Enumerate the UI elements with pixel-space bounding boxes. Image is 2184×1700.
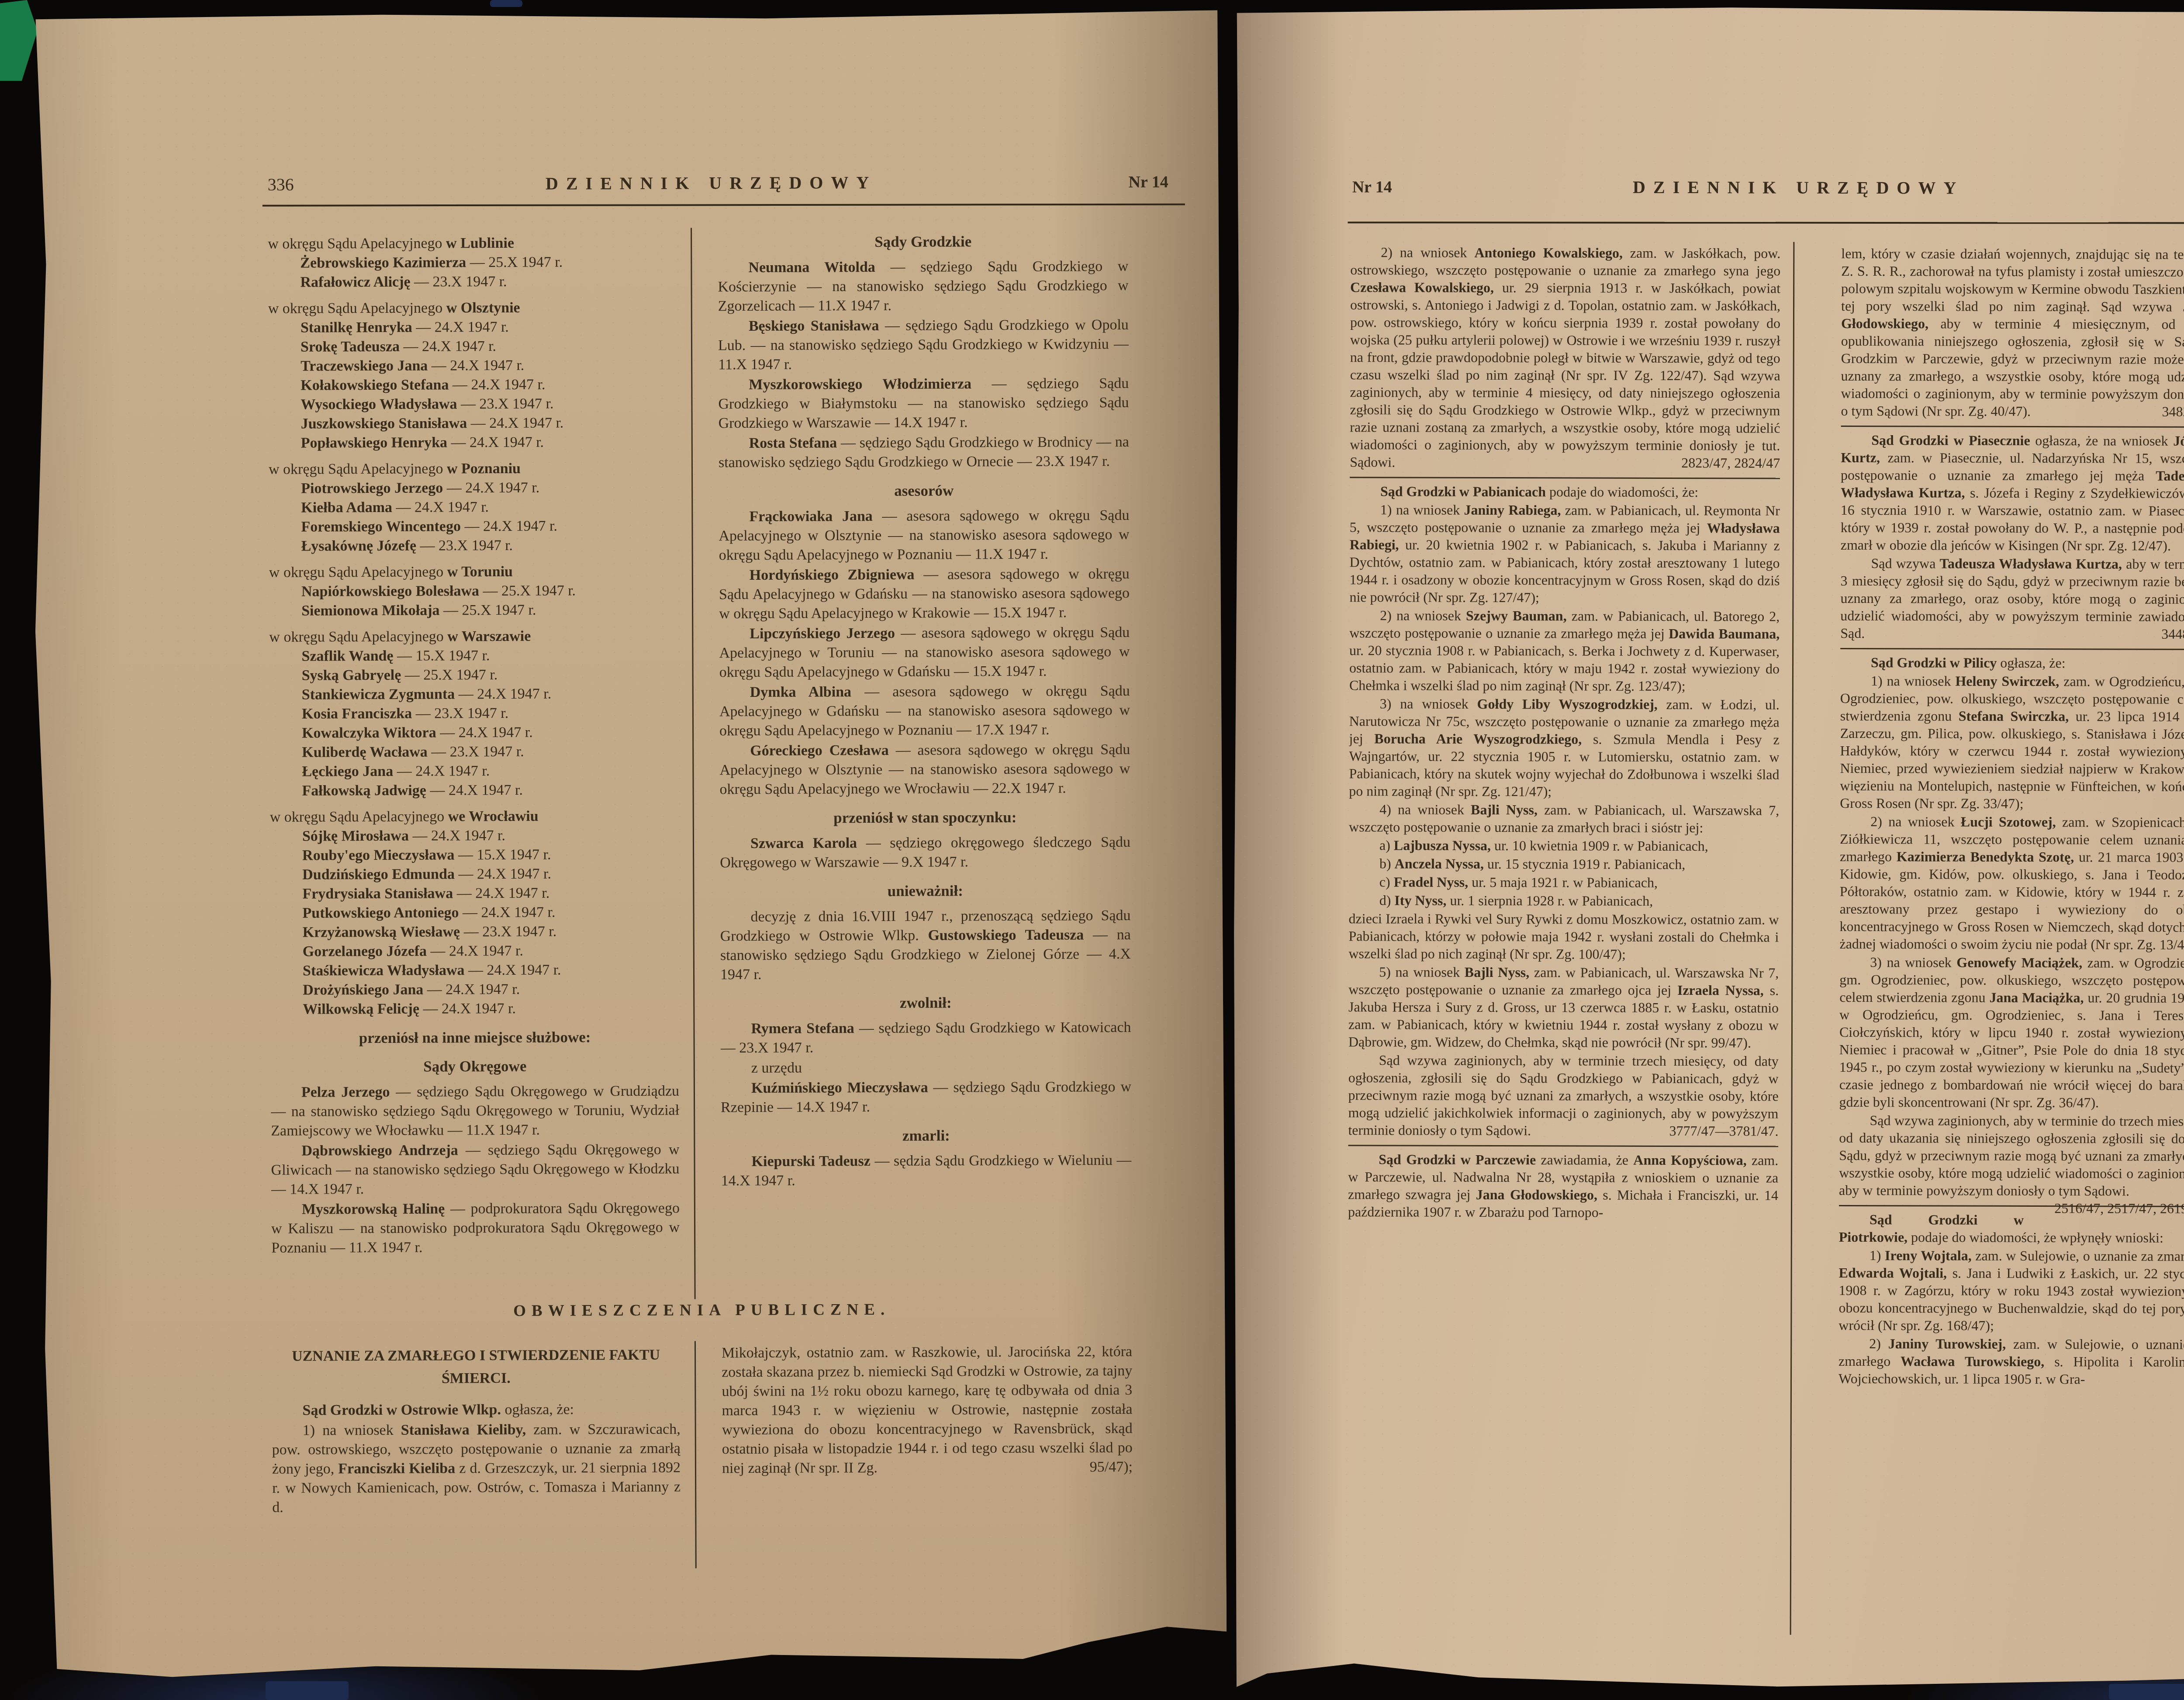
transfer-paragraphs: Pelza Jerzego — sędziego Sądu Okręgowego… bbox=[271, 1082, 680, 1258]
bold-text: Izraela Nyssa, bbox=[1677, 982, 1764, 998]
bold-text: Dąbrowskiego Andrzeja bbox=[301, 1142, 458, 1159]
case-numbers: 3777/47—3781/47. bbox=[1639, 1122, 1779, 1140]
group-heading: w okręgu Sądu Apelacyjnego w Warszawie bbox=[269, 627, 677, 647]
paragraph-text: Dymka Albina — asesora sądowego w okręgu… bbox=[719, 683, 1130, 739]
paragraph: 1) na wniosek Stanisława Kieliby, zam. w… bbox=[272, 1420, 681, 1517]
paragraph: Myszkorowską Halinę — podprokuratora Sąd… bbox=[271, 1199, 680, 1258]
paragraph: 3) na wniosek Genowefy Maciążek, zam. w … bbox=[1839, 953, 2184, 1111]
paragraph: Myszkorowskiego Włodzimierza — sędziego … bbox=[718, 374, 1129, 433]
appointment-date: — 24.X 1947 r. bbox=[396, 499, 489, 516]
appointment-date: — 24.X 1947 r. bbox=[457, 885, 550, 902]
appointment-entry: Stankiewicza Zygmunta — 24.X 1947 r. bbox=[270, 684, 678, 705]
page-left: 336 DZIENNIK URZĘDOWY Nr 14 w okręgu Sąd… bbox=[22, 10, 1227, 1683]
group-heading-place: w Warszawie bbox=[447, 628, 531, 645]
appointment-date: — 24.X 1947 r. bbox=[453, 377, 546, 393]
text: zawiadamia, że bbox=[1536, 1152, 1633, 1168]
scanner-bed-gap-bottom-left bbox=[266, 1681, 349, 1700]
paragraph: Sąd wzywa zaginionych, aby w terminie do… bbox=[1839, 1111, 2184, 1200]
appointment-date: — 24.X 1947 r. bbox=[432, 357, 525, 374]
bold-text: Lajbusza Nyssa, bbox=[1394, 837, 1491, 853]
paragraph: 1) na wniosek Janiny Rabiega, zam. w Pab… bbox=[1349, 501, 1780, 606]
text: 2) na wniosek bbox=[1380, 607, 1466, 623]
group-heading-place: w Poznaniu bbox=[447, 460, 521, 477]
bold-text: Bajli Nyss, bbox=[1471, 802, 1538, 817]
bold-text: Janiny Rabiega, bbox=[1464, 502, 1561, 518]
paragraph: a) Lajbusza Nyssa, ur. 10 kwietnia 1909 … bbox=[1349, 836, 1779, 855]
paragraph: 3) na wniosek Gołdy Liby Wyszogrodzkiej,… bbox=[1349, 695, 1780, 800]
case-numbers: 95/47); bbox=[1090, 1458, 1133, 1477]
paragraph-text: a) Lajbusza Nyssa, ur. 10 kwietnia 1909 … bbox=[1379, 837, 1708, 854]
person-name: Stankiewicza Zygmunta bbox=[302, 686, 455, 703]
appointment-entry: Łysakównę Józefę — 23.X 1947 r. bbox=[269, 536, 677, 556]
paragraph: dzieci Izraela i Rywki vel Sury Rywki z … bbox=[1348, 910, 1779, 963]
appointment-date: — 24.X 1947 r. bbox=[397, 763, 490, 779]
announcement-section-piotrkow: Sąd Grodzki w Piotrkowie, podaje do wiad… bbox=[1838, 1211, 2184, 1388]
section-heading-assessors: asesorów bbox=[719, 481, 1129, 501]
issue-number: Nr 14 bbox=[1128, 173, 1168, 192]
paragraph: b) Anczela Nyssa, ur. 15 stycznia 1919 r… bbox=[1349, 855, 1779, 873]
bold-text: Genowefy Maciążek, bbox=[1956, 955, 2082, 971]
text: ur. 5 maja 1921 r. w Pabianicach, bbox=[1468, 874, 1658, 890]
right-page-column-2: lem, który w czasie działań wojennych, z… bbox=[1838, 245, 2184, 1692]
text: podaje do wiadomości, że wpłynęły wniosk… bbox=[1908, 1229, 2163, 1245]
person-name: Łysakównę Józefę bbox=[301, 538, 417, 554]
scanner-bed-gap-top bbox=[490, 0, 522, 7]
text: ur. 10 kwietnia 1909 r. w Pabianicach, bbox=[1491, 838, 1708, 854]
bold-text: Myszkorowską Halinę bbox=[302, 1201, 445, 1217]
appointment-entry: Kosia Franciszka — 23.X 1947 r. bbox=[270, 703, 678, 724]
appointment-entry: Gorzelanego Józefa — 24.X 1947 r. bbox=[270, 941, 679, 962]
group-heading-prefix: w okręgu Sądu Apelacyjnego bbox=[270, 808, 445, 825]
separator-rule bbox=[1350, 477, 1780, 479]
paragraph-text: 1) na wniosek Janiny Rabiega, zam. w Pab… bbox=[1349, 502, 1780, 605]
bold-text: Lipczyńskiego Jerzego bbox=[750, 625, 895, 642]
announcement-section: 2) na wniosek Antoniego Kowalskiego, zam… bbox=[1350, 243, 1780, 471]
scanner-bed-gap-bottom-right bbox=[2109, 1684, 2184, 1700]
paragraph: Sąd Grodzki w Piasecznie ogłasza, że na … bbox=[1841, 431, 2184, 554]
paragraph-text: 1) na wniosek Stanisława Kieliby, zam. w… bbox=[272, 1421, 681, 1516]
paragraph-text: 3) na wniosek Gołdy Liby Wyszogrodzkiej,… bbox=[1349, 696, 1780, 799]
paragraph-text: Myszkorowskiego Włodzimierza — sędziego … bbox=[718, 375, 1129, 431]
paragraph-text: 4) na wniosek Bajli Nyss, zam. w Pabiani… bbox=[1349, 801, 1779, 835]
announcements-column-divider bbox=[695, 1341, 697, 1568]
appointment-date: — 23.X 1947 r. bbox=[416, 705, 509, 722]
appointment-date: — 24.X 1947 r. bbox=[464, 518, 557, 535]
issue-number: Nr 14 bbox=[1352, 177, 1392, 197]
bold-text: Pelza Jerzego bbox=[301, 1084, 390, 1101]
paragraph-text: dzieci Izraela i Rywki vel Sury Rywki z … bbox=[1348, 911, 1779, 962]
entries: Szaflik Wandę — 15.X 1947 r. Syską Gabry… bbox=[269, 646, 678, 801]
paragraph-text: c) Fradel Nyss, ur. 5 maja 1921 r. w Pab… bbox=[1379, 874, 1658, 890]
paragraph: lem, który w czasie działań wojennych, z… bbox=[1841, 245, 2184, 420]
text: b) bbox=[1379, 855, 1395, 871]
text: 2) na wniosek bbox=[1870, 814, 1961, 830]
text: 4) na wniosek bbox=[1379, 801, 1471, 817]
left-page-column-2: Sądy Grodzkie Neumana Witolda — sędziego… bbox=[718, 232, 1132, 1304]
appointment-entry: Juszkowskiego Stanisława — 24.X 1947 r. bbox=[269, 413, 677, 434]
text: zam. w Sulejowie, o uznanie za zmarłego bbox=[1972, 1248, 2184, 1264]
appointment-entry: Syską Gabryelę — 25.X 1947 r. bbox=[270, 665, 678, 686]
paragraph: Frąckowiaka Jana — asesora sądowego w ok… bbox=[719, 506, 1129, 565]
public-announcements-title: OBWIESZCZENIA PUBLICZNE. bbox=[272, 1299, 1132, 1321]
journal-title: DZIENNIK URZĘDOWY bbox=[1633, 177, 1964, 198]
paragraph: 2) Janiny Turowskiej, zam. w Sulejowie, … bbox=[1838, 1335, 2184, 1388]
bold-text: Ity Nyss, bbox=[1394, 892, 1446, 908]
appointment-entry: Sójkę Mirosława — 24.X 1947 r. bbox=[270, 826, 678, 846]
bold-text: Borucha Arie Wyszogrodzkiego, bbox=[1374, 731, 1582, 747]
bold-text: Sąd Grodzki w Ostrowie Wlkp. bbox=[302, 1402, 501, 1419]
case-numbers: 3482/47. bbox=[2162, 403, 2184, 420]
person-name: Frydrysiaka Stanisława bbox=[302, 885, 453, 902]
paragraph: Sąd Grodzki w Ostrowie Wlkp. ogłasza, że… bbox=[272, 1400, 680, 1420]
appointment-group: w okręgu Sądu Apelacyjnego w Poznaniu Pi… bbox=[269, 459, 677, 556]
appointment-entry: Wysockiego Władysława — 23.X 1947 r. bbox=[268, 394, 677, 415]
paragraph-text: Mikołajczyk, ostatnio zam. w Raszkowie, … bbox=[722, 1343, 1133, 1476]
separator-rule bbox=[1348, 1145, 1778, 1147]
text: z urzędu bbox=[751, 1060, 802, 1076]
appointment-entry: Traczewskiego Jana — 24.X 1947 r. bbox=[268, 356, 677, 376]
appointment-entry: Szaflik Wandę — 15.X 1947 r. bbox=[269, 646, 677, 666]
person-name: Popławskiego Henryka bbox=[301, 434, 447, 451]
paragraph-text: Sąd Grodzki w Pilicy ogłasza, że: bbox=[1871, 654, 2066, 671]
bold-text: Janiny Turowskiej, bbox=[1888, 1336, 2006, 1352]
paragraph: 2) na wniosek Antoniego Kowalskiego, zam… bbox=[1350, 243, 1780, 471]
paragraph-text: Dąbrowskiego Andrzeja — sędziego Sądu Ok… bbox=[271, 1142, 680, 1198]
bold-text: Gołdy Liby Wyszogrodzkiej, bbox=[1477, 696, 1658, 712]
bold-text: Bęskiego Stanisława bbox=[749, 318, 879, 334]
text: ogłasza, że na wniosek bbox=[2030, 433, 2174, 449]
group-heading-prefix: w okręgu Sądu Apelacyjnego bbox=[269, 628, 444, 645]
paragraph: Rosta Stefana — sędziego Sądu Grodzkiego… bbox=[719, 433, 1129, 472]
paragraph-text: Neumana Witolda — sędziego Sądu Grodzkie… bbox=[718, 258, 1128, 314]
bold-text: Kuźmińskiego Mieczysława bbox=[751, 1080, 928, 1096]
bold-text: Sąd Grodzki w Pilicy bbox=[1871, 654, 1997, 671]
paragraph-text: 2) na wniosek Antoniego Kowalskiego, zam… bbox=[1350, 244, 1780, 470]
appointment-date: — 15.X 1947 r. bbox=[458, 847, 551, 863]
appointment-group: w okręgu Sądu Apelacyjnego w Toruniu Nap… bbox=[269, 562, 677, 621]
announcements-left-column: UZNANIE ZA ZMARŁEGO I STWIERDZENIE FAKTU… bbox=[272, 1344, 681, 1590]
section-heading-city-courts: Sądy Grodzkie bbox=[718, 232, 1128, 252]
paragraph: z urzędu bbox=[721, 1057, 1131, 1078]
appointment-entry: Żebrowskiego Kazimierza — 25.X 1947 r. bbox=[268, 253, 676, 273]
header-rule bbox=[1348, 222, 2184, 224]
text: c) bbox=[1379, 874, 1394, 890]
case-numbers: 3448/47. bbox=[2131, 625, 2184, 643]
paragraph: Sąd wzywa Tadeusza Władysława Kurtza, ab… bbox=[1840, 554, 2184, 643]
entries: Napiórkowskiego Bolesława — 25.X 1947 r.… bbox=[269, 581, 677, 621]
text: dzieci Izraela i Rywki vel Sury Rywki z … bbox=[1348, 911, 1779, 962]
appointment-entry: Kiełba Adama — 24.X 1947 r. bbox=[269, 497, 677, 518]
bold-text: Fradel Nyss, bbox=[1394, 874, 1469, 890]
paragraph-text: 5) na wniosek Bajli Nyss, zam. w Pabiani… bbox=[1348, 964, 1779, 1050]
bold-text: Bajli Nyss, bbox=[1465, 964, 1530, 980]
person-name: Kowalczyka Wiktora bbox=[302, 725, 436, 741]
bold-text: Frąckowiaka Jana bbox=[749, 508, 873, 525]
bold-text: Myszkorowskiego Włodzimierza bbox=[749, 376, 971, 393]
bold-text: Szejwy Bauman, bbox=[1466, 608, 1567, 624]
person-name: Srokę Tadeusza bbox=[301, 339, 400, 355]
paragraph: decyzję z dnia 16.VIII 1947 r., przenosz… bbox=[720, 906, 1131, 984]
paragraph-text: Sąd Grodzki w Ostrowie Wlkp. ogłasza, że… bbox=[302, 1401, 574, 1418]
paragraph: 1) Ireny Wojtala, zam. w Sulejowie, o uz… bbox=[1838, 1246, 2184, 1335]
appointment-group: w okręgu Sądu Apelacyjnego w Lublinie Że… bbox=[268, 233, 676, 292]
paragraph-text: lem, który w czasie działań wojennych, z… bbox=[1841, 246, 2184, 419]
separator-rule bbox=[1840, 648, 2184, 650]
appointment-date: — 24.X 1947 r. bbox=[430, 943, 523, 959]
bold-text: Góreckiego Czesława bbox=[750, 742, 889, 759]
bold-text: Hordyńskiego Zbigniewa bbox=[750, 567, 915, 583]
section-heading-annulled: unieważnił: bbox=[720, 881, 1130, 901]
appointment-date: — 24.X 1947 r. bbox=[458, 866, 551, 883]
scanned-journal-spread: 336 DZIENNIK URZĘDOWY Nr 14 w okręgu Sąd… bbox=[0, 0, 2184, 1700]
person-name: Fałkowską Jadwigę bbox=[302, 782, 426, 799]
group-heading: w okręgu Sądu Apelacyjnego w Poznaniu bbox=[269, 459, 677, 479]
text: ogłasza, że: bbox=[501, 1401, 574, 1418]
appointment-entry: Kowalczyka Wiktora — 24.X 1947 r. bbox=[270, 723, 678, 743]
column-divider bbox=[1790, 242, 1795, 1635]
page-number: 336 bbox=[268, 174, 294, 195]
person-name: Wilkowską Felicję bbox=[303, 1001, 419, 1018]
section-heading-retired: przeniósł w stan spoczynku: bbox=[720, 807, 1130, 828]
person-name: Rouby'ego Mieczysława bbox=[302, 847, 455, 863]
right-page-column-1: 2) na wniosek Antoniego Kowalskiego, zam… bbox=[1347, 243, 1780, 1686]
paragraph: Hordyńskiego Zbigniewa — asesora sądoweg… bbox=[719, 564, 1130, 623]
text: 1) na wniosek bbox=[1380, 502, 1464, 517]
group-heading-place: w Lublinie bbox=[446, 235, 514, 252]
text: Mikołajczyk, ostatnio zam. w Raszkowie, … bbox=[722, 1343, 1133, 1476]
appointment-entry: Staśkiewicza Władysława — 24.X 1947 r. bbox=[270, 960, 679, 981]
text: ur. 15 stycznia 1919 r. Pabianicach, bbox=[1484, 856, 1685, 872]
case-numbers: 2516/47, 2517/47, 2619/47. bbox=[2024, 1199, 2184, 1217]
person-name: Gorzelanego Józefa bbox=[303, 943, 427, 960]
person-name: Napiórkowskiego Bolesława bbox=[301, 583, 479, 599]
judge-paragraphs: Neumana Witolda — sędziego Sądu Grodzkie… bbox=[718, 257, 1129, 472]
paragraph: Mikołajczyk, ostatnio zam. w Raszkowie, … bbox=[722, 1342, 1133, 1478]
appointment-date: — 24.X 1947 r. bbox=[447, 480, 540, 496]
announcement-section-continuation: lem, który w czasie działań wojennych, z… bbox=[1841, 245, 2184, 420]
bold-text: Rymera Stefana bbox=[751, 1020, 854, 1037]
text: zam. w Piasecznie, ul. Nadarzyńska Nr 15… bbox=[1841, 450, 2184, 484]
person-name: Wysockiego Władysława bbox=[301, 396, 457, 412]
appointment-entry: Srokę Tadeusza — 24.X 1947 r. bbox=[268, 336, 677, 357]
group-heading-prefix: w okręgu Sądu Apelacyjnego bbox=[269, 460, 443, 477]
paragraph-text: 1) Ireny Wojtala, zam. w Sulejowie, o uz… bbox=[1838, 1247, 2184, 1333]
appointment-date: — 23.X 1947 r. bbox=[464, 924, 557, 940]
header-rule bbox=[263, 204, 1185, 207]
bold-text: Łucji Szotowej, bbox=[1961, 814, 2056, 830]
appointment-date: — 15.X 1947 r. bbox=[397, 647, 490, 664]
paragraph-text: Myszkorowską Halinę — podprokuratora Sąd… bbox=[271, 1200, 680, 1256]
group-heading-prefix: w okręgu Sądu Apelacyjnego bbox=[268, 235, 442, 252]
section-heading-deceased: zmarli: bbox=[721, 1125, 1131, 1146]
text: Sąd wzywa bbox=[1871, 555, 1940, 571]
bold-text: Neumana Witolda bbox=[748, 259, 875, 276]
section-heading-released: zwolnił: bbox=[720, 993, 1131, 1013]
entries: Piotrowskiego Jerzego — 24.X 1947 r. Kie… bbox=[269, 478, 677, 556]
appointment-entry: Piotrowskiego Jerzego — 24.X 1947 r. bbox=[269, 478, 677, 499]
appointment-date: — 25.X 1947 r. bbox=[483, 582, 576, 599]
entries: Sójkę Mirosława — 24.X 1947 r. Rouby'ego… bbox=[270, 826, 679, 1019]
appointment-entry: Łęckiego Jana — 24.X 1947 r. bbox=[270, 761, 678, 782]
bold-text: Anczela Nyssa, bbox=[1395, 855, 1484, 871]
paragraph: Sąd wzywa zaginionych, aby w terminie tr… bbox=[1348, 1051, 1778, 1139]
text: 1) na wniosek bbox=[303, 1422, 401, 1439]
bold-text: Antoniego Kowalskiego, bbox=[1474, 245, 1623, 261]
person-name: Stanilkę Henryka bbox=[301, 319, 412, 336]
paragraph: Sąd Grodzki w Pabianicach podaje do wiad… bbox=[1350, 482, 1780, 501]
person-name: Krzyżanowską Wiesławę bbox=[303, 924, 460, 940]
appointment-date: — 24.X 1947 r. bbox=[430, 782, 523, 799]
paragraph-text: Góreckiego Czesława — asesora sądowego w… bbox=[719, 741, 1130, 797]
appointment-entry: Wilkowską Felicję — 24.X 1947 r. bbox=[270, 999, 679, 1019]
paragraph-text: Kiepurski Tadeusz — sędzia Sądu Grodzkie… bbox=[721, 1152, 1132, 1189]
person-name: Kołakowskiego Stefana bbox=[301, 377, 449, 393]
text: ur. 1 sierpnia 1928 r. w Pabianicach, bbox=[1446, 893, 1653, 909]
person-name: Juszkowskiego Stanisława bbox=[301, 415, 467, 432]
appointment-entry: Fałkowską Jadwigę — 24.X 1947 r. bbox=[270, 780, 678, 801]
masthead: Nr 14 DZIENNIK URZĘDOWY 337 bbox=[1352, 176, 2184, 199]
person-name: Siemionowa Mikołaja bbox=[301, 602, 440, 619]
paragraph-text: Kuźmińskiego Mieczysława — sędziego Sądu… bbox=[721, 1079, 1131, 1115]
person-name: Drożyńskiego Jana bbox=[303, 982, 423, 998]
person-name: Kosia Franciszka bbox=[302, 706, 412, 722]
section-heading-transfer: przeniósł na inne miejsce służbowe: bbox=[270, 1028, 679, 1048]
appointment-entry: Rouby'ego Mieczysława — 15.X 1947 r. bbox=[270, 845, 678, 866]
bold-text: Gustowskiego Tadeusza bbox=[928, 927, 1084, 943]
person-name: Traczewskiego Jana bbox=[301, 358, 428, 374]
person-name: Putkowskiego Antoniego bbox=[302, 904, 459, 921]
text: 1) bbox=[1870, 1247, 1885, 1263]
paragraph: Neumana Witolda — sędziego Sądu Grodzkie… bbox=[718, 257, 1128, 316]
appointment-date: — 24.X 1947 r. bbox=[416, 319, 509, 336]
bold-text: Szwarca Karola bbox=[750, 835, 857, 852]
paragraph-text: 2) Janiny Turowskiej, zam. w Sulejowie, … bbox=[1838, 1336, 2184, 1387]
appointment-date: — 24.X 1947 r. bbox=[423, 1001, 516, 1017]
text: ur. 20 grudnia 1913 r. w Ogrodzieńcu, gm… bbox=[1839, 990, 2184, 1110]
bold-text: Kazimierza Benedykta Szotę, bbox=[1897, 848, 2074, 865]
person-name: Syską Gabryelę bbox=[302, 667, 401, 684]
masthead: 336 DZIENNIK URZĘDOWY Nr 14 bbox=[268, 171, 1168, 195]
text: 1) na wniosek bbox=[1871, 673, 1956, 689]
appointment-entry: Kuliberdę Wacława — 23.X 1947 r. bbox=[270, 742, 678, 762]
appointment-entry: Napiórkowskiego Bolesława — 25.X 1947 r. bbox=[269, 581, 677, 602]
left-page-column-1: w okręgu Sądu Apelacyjnego w Lublinie Że… bbox=[268, 233, 680, 1306]
person-name: Sójkę Mirosława bbox=[302, 828, 409, 845]
paragraph-text: 3) na wniosek Genowefy Maciążek, zam. w … bbox=[1839, 954, 2184, 1110]
announcements-right-column: Mikołajczyk, ostatnio zam. w Raszkowie, … bbox=[722, 1342, 1133, 1588]
appointment-date: — 24.X 1947 r. bbox=[459, 686, 552, 703]
paragraph-text: Frąckowiaka Jana — asesora sądowego w ok… bbox=[719, 507, 1129, 563]
group-heading: w okręgu Sądu Apelacyjnego w Toruniu bbox=[269, 562, 677, 582]
appointment-entry: Rafałowicz Alicję — 23.X 1947 r. bbox=[268, 272, 676, 292]
paragraph-text: Sąd Grodzki w Piasecznie ogłasza, że na … bbox=[1841, 432, 2184, 554]
appointment-date: — 24.X 1947 r. bbox=[427, 981, 520, 998]
paragraph: Sąd Grodzki w Pilicy ogłasza, że: bbox=[1840, 654, 2184, 672]
bold-text: Dymka Albina bbox=[750, 684, 851, 700]
annulled-paragraphs: decyzję z dnia 16.VIII 1947 r., przenosz… bbox=[720, 906, 1131, 984]
bold-text: Jana Głodowskiego, bbox=[1476, 1187, 1597, 1203]
case-numbers: 2823/47, 2824/47 bbox=[1651, 454, 1780, 472]
appointment-date: — 24.X 1947 r. bbox=[440, 724, 533, 741]
appointment-date: — 25.X 1947 r. bbox=[443, 602, 536, 619]
paragraph: Kiepurski Tadeusz — sędzia Sądu Grodzkie… bbox=[721, 1151, 1131, 1191]
paragraph-text: 2) na wniosek Szejwy Bauman, zam. w Pabi… bbox=[1349, 607, 1780, 694]
appointment-entry: Drożyńskiego Jana — 24.X 1947 r. bbox=[270, 980, 679, 1000]
column-divider bbox=[691, 228, 696, 1299]
announcement-paragraphs: Mikołajczyk, ostatnio zam. w Raszkowie, … bbox=[722, 1342, 1133, 1478]
appointment-entry: Siemionowa Mikołaja — 25.X 1947 r. bbox=[269, 600, 677, 621]
group-heading-place: we Wrocławiu bbox=[448, 808, 539, 825]
green-bookmark-left bbox=[0, 0, 38, 81]
text: ur. 20 stycznia 1908 r. w Pabianicach, s… bbox=[1349, 642, 1780, 694]
assessor-paragraphs: Frąckowiaka Jana — asesora sądowego w ok… bbox=[719, 506, 1130, 799]
appointment-group: w okręgu Sądu Apelacyjnego w Warszawie S… bbox=[269, 627, 678, 801]
appointment-group: w okręgu Sądu Apelacyjnego w Olsztynie S… bbox=[268, 298, 677, 453]
text: podaje do wiadomości, że: bbox=[1546, 484, 1698, 500]
appointment-date: — 24.X 1947 r. bbox=[468, 962, 561, 979]
entries: Stanilkę Henryka — 24.X 1947 r. Srokę Ta… bbox=[268, 317, 677, 453]
appointment-date: — 24.X 1947 r. bbox=[463, 904, 556, 921]
person-name: Szaflik Wandę bbox=[301, 648, 393, 665]
paragraph-text: Hordyńskiego Zbigniewa — asesora sądoweg… bbox=[719, 566, 1130, 622]
person-name: Kuliberdę Wacława bbox=[302, 744, 428, 761]
appointment-entry: Frydrysiaka Stanisława — 24.X 1947 r. bbox=[270, 883, 678, 904]
appointment-date: — 24.X 1947 r. bbox=[404, 338, 497, 355]
bold-text: Wacława Turowskiego, bbox=[1901, 1353, 2044, 1369]
appointment-date: — 24.X 1947 r. bbox=[451, 434, 544, 451]
appointment-group: w okręgu Sądu Apelacyjnego we Wrocławiu … bbox=[270, 807, 679, 1019]
group-heading: w okręgu Sądu Apelacyjnego w Olsztynie bbox=[268, 298, 677, 319]
bold-text: Tadeusza Władysława Kurtza, bbox=[1940, 555, 2122, 571]
appointment-date: — 25.X 1947 r. bbox=[405, 667, 498, 683]
paragraph-text: Bęskiego Stanisława — sędziego Sądu Grod… bbox=[718, 317, 1129, 373]
group-heading-prefix: w okręgu Sądu Apelacyjnego bbox=[269, 564, 444, 580]
journal-title: DZIENNIK URZĘDOWY bbox=[546, 172, 877, 194]
paragraph-text: Sąd Grodzki w Parczewie zawiadamia, że A… bbox=[1348, 1151, 1778, 1220]
appointment-entry: Popławskiego Henryka — 24.X 1947 r. bbox=[269, 433, 677, 453]
person-name: Dudzińskiego Edmunda bbox=[302, 866, 455, 883]
bold-text: Rosta Stefana bbox=[749, 435, 837, 451]
paragraph-text: Pelza Jerzego — sędziego Sądu Okręgowego… bbox=[271, 1083, 679, 1139]
text: ogłasza, że: bbox=[1997, 655, 2065, 671]
paragraph-text: Rosta Stefana — sędziego Sądu Grodzkiego… bbox=[719, 434, 1129, 471]
text: 2) na wniosek bbox=[1381, 244, 1474, 260]
group-heading: w okręgu Sądu Apelacyjnego we Wrocławiu bbox=[270, 807, 678, 827]
paragraph-text: Lipczyńskiego Jerzego — asesora sądowego… bbox=[719, 624, 1130, 680]
announcements-heading: UZNANIE ZA ZMARŁEGO I STWIERDZENIE FAKTU… bbox=[272, 1344, 680, 1391]
bold-text: Anna Kopyściowa, bbox=[1633, 1152, 1746, 1168]
paragraph: Szwarca Karola — sędziego okręgowego śle… bbox=[720, 833, 1130, 873]
paragraph: 2) na wniosek Szejwy Bauman, zam. w Pabi… bbox=[1349, 606, 1780, 695]
bold-text: Sąd Grodzki w Parczewie bbox=[1379, 1151, 1536, 1167]
released-paragraphs: Rymera Stefana — sędziego Sądu Grodzkieg… bbox=[720, 1018, 1131, 1117]
bold-text: Edwarda Wojtali, bbox=[1839, 1265, 1947, 1281]
text: 2) bbox=[1869, 1336, 1888, 1351]
bold-text: Stanisława Kieliby, bbox=[401, 1422, 526, 1438]
announcement-section-pilica: Sąd Grodzki w Pilicy ogłasza, że: 1) na … bbox=[1839, 654, 2184, 1200]
announcement-section-pabianice: Sąd Grodzki w Pabianicach podaje do wiad… bbox=[1348, 482, 1780, 1139]
paragraph: d) Ity Nyss, ur. 1 sierpnia 1928 r. w Pa… bbox=[1349, 891, 1779, 910]
paragraph: Dymka Albina — asesora sądowego w okręgu… bbox=[719, 682, 1130, 741]
group-heading-place: w Olsztynie bbox=[446, 300, 520, 316]
paragraph: Bęskiego Stanisława — sędziego Sądu Grod… bbox=[718, 315, 1129, 374]
appointment-entry: Kołakowskiego Stefana — 24.X 1947 r. bbox=[268, 375, 677, 395]
text: 5) na wniosek bbox=[1379, 964, 1465, 980]
bold-text: Sąd Grodzki w Piasecznie bbox=[1871, 432, 2030, 448]
paragraph: Kuźmińskiego Mieczysława — sędziego Sądu… bbox=[721, 1077, 1131, 1117]
appointment-entry: Stanilkę Henryka — 24.X 1947 r. bbox=[268, 317, 677, 338]
announcement-section-piaseczno: Sąd Grodzki w Piasecznie ogłasza, że na … bbox=[1840, 431, 2184, 643]
